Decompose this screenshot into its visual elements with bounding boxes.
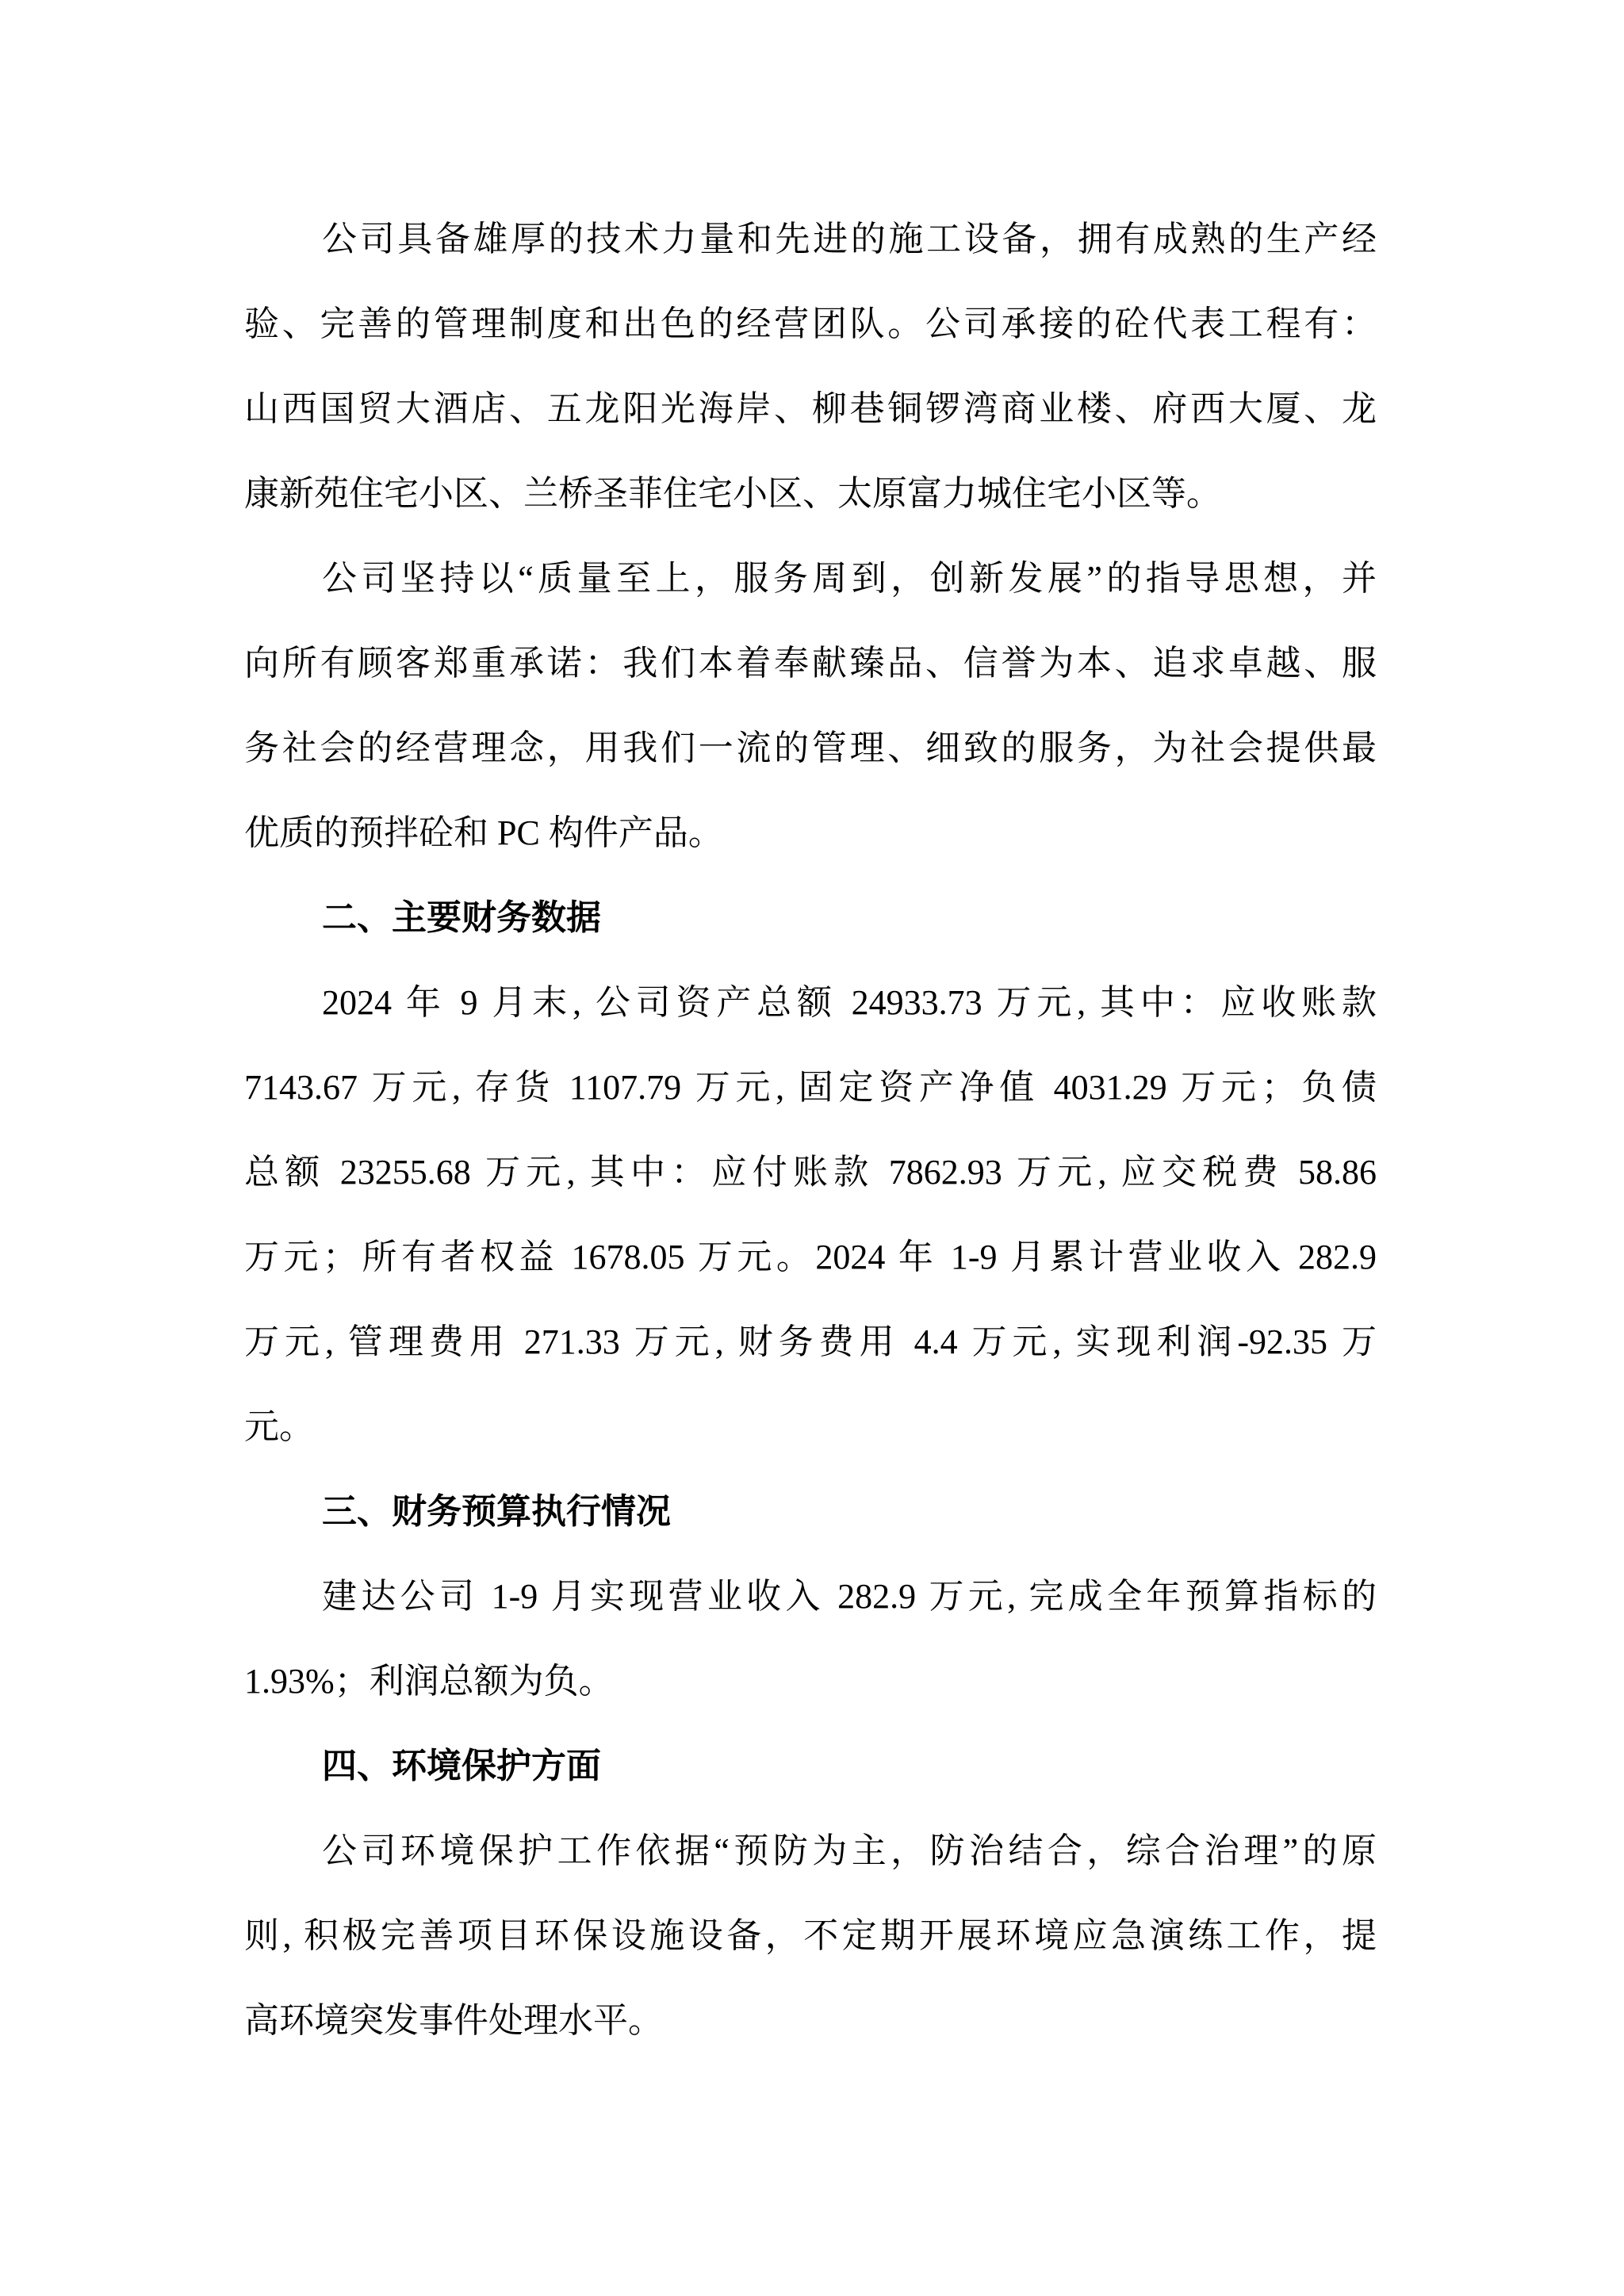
text-line: 总额 23255.68 万元, 其中：应付账款 7862.93 万元, 应交税费… — [244, 1130, 1377, 1215]
section-heading-financial-data: 二、主要财务数据 — [244, 875, 1377, 960]
text-line: 万元；所有者权益 1678.05 万元。2024 年 1-9 月累计营业收入 2… — [244, 1215, 1377, 1299]
section-heading: 四、环境保护方面 — [244, 1724, 1377, 1808]
text-line: 山西国贸大酒店、五龙阳光海岸、柳巷铜锣湾商业楼、府西大厦、龙 — [244, 366, 1377, 451]
text-line: 2024 年 9 月末, 公司资产总额 24933.73 万元, 其中：应收账款 — [244, 960, 1377, 1045]
text-line: 7143.67 万元, 存货 1107.79 万元, 固定资产净值 4031.2… — [244, 1045, 1377, 1130]
text-line: 验、完善的管理制度和出色的经营团队。公司承接的砼代表工程有： — [244, 281, 1377, 366]
text-line: 康新苑住宅小区、兰桥圣菲住宅小区、太原富力城住宅小区等。 — [244, 451, 1377, 536]
text-line: 公司坚持以“质量至上，服务周到，创新发展”的指导思想，并 — [244, 536, 1377, 621]
paragraph-financial-data: 2024 年 9 月末, 公司资产总额 24933.73 万元, 其中：应收账款… — [244, 960, 1377, 1469]
text-line: 万元, 管理费用 271.33 万元, 财务费用 4.4 万元, 实现利润-92… — [244, 1299, 1377, 1384]
text-line: 元。 — [244, 1384, 1377, 1469]
text-line: 公司环境保护工作依据“预防为主，防治结合，综合治理”的原 — [244, 1808, 1377, 1893]
text-block: 公司具备雄厚的技术力量和先进的施工设备，拥有成熟的生产经 验、完善的管理制度和出… — [244, 197, 1377, 2063]
text-line: 向所有顾客郑重承诺：我们本着奉献臻品、信誉为本、追求卓越、服 — [244, 621, 1377, 706]
section-heading-budget-execution: 三、财务预算执行情况 — [244, 1469, 1377, 1554]
document-page: 公司具备雄厚的技术力量和先进的施工设备，拥有成熟的生产经 验、完善的管理制度和出… — [0, 0, 1624, 2296]
paragraph-company-philosophy: 公司坚持以“质量至上，服务周到，创新发展”的指导思想，并 向所有顾客郑重承诺：我… — [244, 536, 1377, 875]
text-line: 1.93%；利润总额为负。 — [244, 1639, 1377, 1724]
text-line: 则, 积极完善项目环保设施设备，不定期开展环境应急演练工作，提 — [244, 1893, 1377, 1978]
paragraph-budget-execution: 建达公司 1-9 月实现营业收入 282.9 万元, 完成全年预算指标的 1.9… — [244, 1554, 1377, 1724]
section-heading: 二、主要财务数据 — [244, 875, 1377, 960]
text-line: 公司具备雄厚的技术力量和先进的施工设备，拥有成熟的生产经 — [244, 197, 1377, 281]
section-heading: 三、财务预算执行情况 — [244, 1469, 1377, 1554]
paragraph-environment: 公司环境保护工作依据“预防为主，防治结合，综合治理”的原 则, 积极完善项目环保… — [244, 1808, 1377, 2063]
paragraph-company-strengths: 公司具备雄厚的技术力量和先进的施工设备，拥有成熟的生产经 验、完善的管理制度和出… — [244, 197, 1377, 536]
text-line: 务社会的经营理念，用我们一流的管理、细致的服务，为社会提供最 — [244, 706, 1377, 790]
text-line: 优质的预拌砼和 PC 构件产品。 — [244, 790, 1377, 875]
text-line: 建达公司 1-9 月实现营业收入 282.9 万元, 完成全年预算指标的 — [244, 1554, 1377, 1639]
section-heading-environment: 四、环境保护方面 — [244, 1724, 1377, 1808]
text-line: 高环境突发事件处理水平。 — [244, 1978, 1377, 2063]
